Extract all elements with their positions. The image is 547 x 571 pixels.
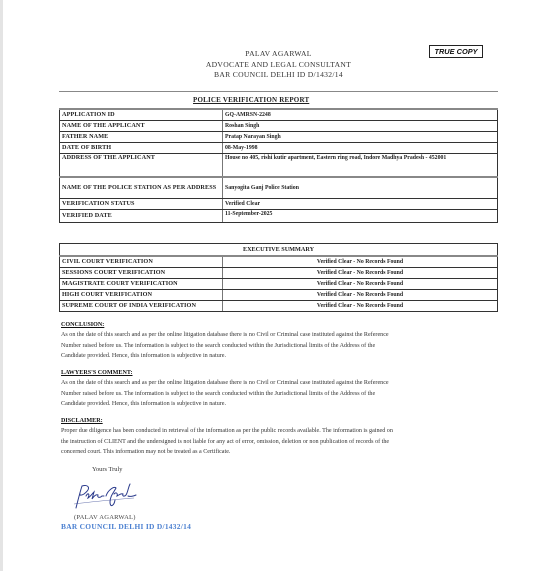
- table-row: VERIFIED DATE11-September-2025: [60, 210, 498, 223]
- table-row: MAGISTRATE COURT VERIFICATIONVerified Cl…: [60, 279, 498, 290]
- detail-label: DATE OF BIRTH: [60, 143, 223, 154]
- disclaimer-line: the instruction of CLIENT and the unders…: [61, 437, 501, 448]
- verification-result: Verified Clear - No Records Found: [223, 279, 498, 290]
- table-row: CIVIL COURT VERIFICATIONVerified Clear -…: [60, 256, 498, 268]
- table-row: SUPREME COURT OF INDIA VERIFICATIONVerif…: [60, 301, 498, 312]
- signatory-bar-id: BAR COUNCIL DELHI ID D/1432/14: [61, 522, 191, 531]
- detail-label: VERIFIED DATE: [60, 210, 223, 223]
- table-row: HIGH COURT VERIFICATIONVerified Clear - …: [60, 290, 498, 301]
- conclusion-line: As on the date of this search and as per…: [61, 330, 501, 341]
- signature-icon: [70, 482, 140, 512]
- detail-value: 08-May-1998: [223, 143, 498, 154]
- page-edge: [0, 0, 3, 571]
- table-row: SESSIONS COURT VERIFICATIONVerified Clea…: [60, 268, 498, 279]
- conclusion-line: Candidate provided. Hence, this informat…: [61, 351, 501, 362]
- conclusion-section: CONCLUSION: As on the date of this searc…: [61, 321, 501, 362]
- verification-label: CIVIL COURT VERIFICATION: [60, 256, 223, 268]
- detail-value: Sanyogita Ganj Police Station: [223, 177, 498, 199]
- table-row: ADDRESS OF THE APPLICANTHouse no 405, ri…: [60, 154, 498, 178]
- detail-value: 11-September-2025: [223, 210, 498, 223]
- verification-result: Verified Clear - No Records Found: [223, 301, 498, 312]
- verification-result: Verified Clear - No Records Found: [223, 290, 498, 301]
- detail-label: VERIFICATION STATUS: [60, 199, 223, 210]
- verification-label: HIGH COURT VERIFICATION: [60, 290, 223, 301]
- detail-label: NAME OF THE APPLICANT: [60, 121, 223, 132]
- verification-label: SUPREME COURT OF INDIA VERIFICATION: [60, 301, 223, 312]
- table-row: NAME OF THE APPLICANTRoshan Singh: [60, 121, 498, 132]
- verification-label: SESSIONS COURT VERIFICATION: [60, 268, 223, 279]
- disclaimer-line: concerned court. This information may no…: [61, 447, 501, 458]
- detail-value: Roshan Singh: [223, 121, 498, 132]
- advocate-title: ADVOCATE AND LEGAL CONSULTANT: [0, 60, 547, 71]
- report-title: POLICE VERIFICATION REPORT: [193, 96, 309, 104]
- detail-value: House no 405, rishi kutir apartment, Eas…: [223, 154, 498, 178]
- table-row: DATE OF BIRTH08-May-1998: [60, 143, 498, 154]
- applicant-details-table: APPLICATION IDGQ-AMRSN-2248NAME OF THE A…: [59, 108, 498, 223]
- table-row: APPLICATION IDGQ-AMRSN-2248: [60, 109, 498, 121]
- conclusion-heading: CONCLUSION:: [61, 321, 501, 330]
- table-row: VERIFICATION STATUSVerified Clear: [60, 199, 498, 210]
- lawyers-comment-section: LAWYERS'S COMMENT: As on the date of thi…: [61, 369, 501, 410]
- detail-label: ADDRESS OF THE APPLICANT: [60, 154, 223, 178]
- table-row: FATHER NAMEPratap Narayan Singh: [60, 132, 498, 143]
- disclaimer-heading: DISCLAIMER:: [61, 417, 501, 426]
- executive-summary-table: EXECUTIVE SUMMARY CIVIL COURT VERIFICATI…: [59, 243, 498, 312]
- conclusion-line: Number raised before us. The information…: [61, 341, 501, 352]
- executive-summary-heading: EXECUTIVE SUMMARY: [60, 244, 498, 257]
- detail-label: FATHER NAME: [60, 132, 223, 143]
- detail-value: GQ-AMRSN-2248: [223, 109, 498, 121]
- lawyers-comment-heading: LAWYERS'S COMMENT:: [61, 369, 501, 378]
- verification-label: MAGISTRATE COURT VERIFICATION: [60, 279, 223, 290]
- letterhead-bar-id: BAR COUNCIL DELHI ID D/1432/14: [0, 70, 547, 81]
- disclaimer-line: Proper due diligence has been conducted …: [61, 426, 501, 437]
- printed-name: (PALAV AGARWAL): [74, 514, 136, 521]
- closing-salutation: Yours Truly: [92, 466, 122, 473]
- lawyers-comment-line: Number raised before us. The information…: [61, 389, 501, 400]
- lawyers-comment-line: As on the date of this search and as per…: [61, 378, 501, 389]
- divider: [59, 91, 498, 92]
- true-copy-stamp: TRUE COPY: [429, 45, 483, 58]
- verification-result: Verified Clear - No Records Found: [223, 268, 498, 279]
- lawyers-comment-line: Candidate provided. Hence, this informat…: [61, 399, 501, 410]
- table-row: NAME OF THE POLICE STATION AS PER ADDRES…: [60, 177, 498, 199]
- detail-value: Pratap Narayan Singh: [223, 132, 498, 143]
- detail-label: NAME OF THE POLICE STATION AS PER ADDRES…: [60, 177, 223, 199]
- detail-label: APPLICATION ID: [60, 109, 223, 121]
- verification-result: Verified Clear - No Records Found: [223, 256, 498, 268]
- detail-value: Verified Clear: [223, 199, 498, 210]
- disclaimer-section: DISCLAIMER: Proper due diligence has bee…: [61, 417, 501, 458]
